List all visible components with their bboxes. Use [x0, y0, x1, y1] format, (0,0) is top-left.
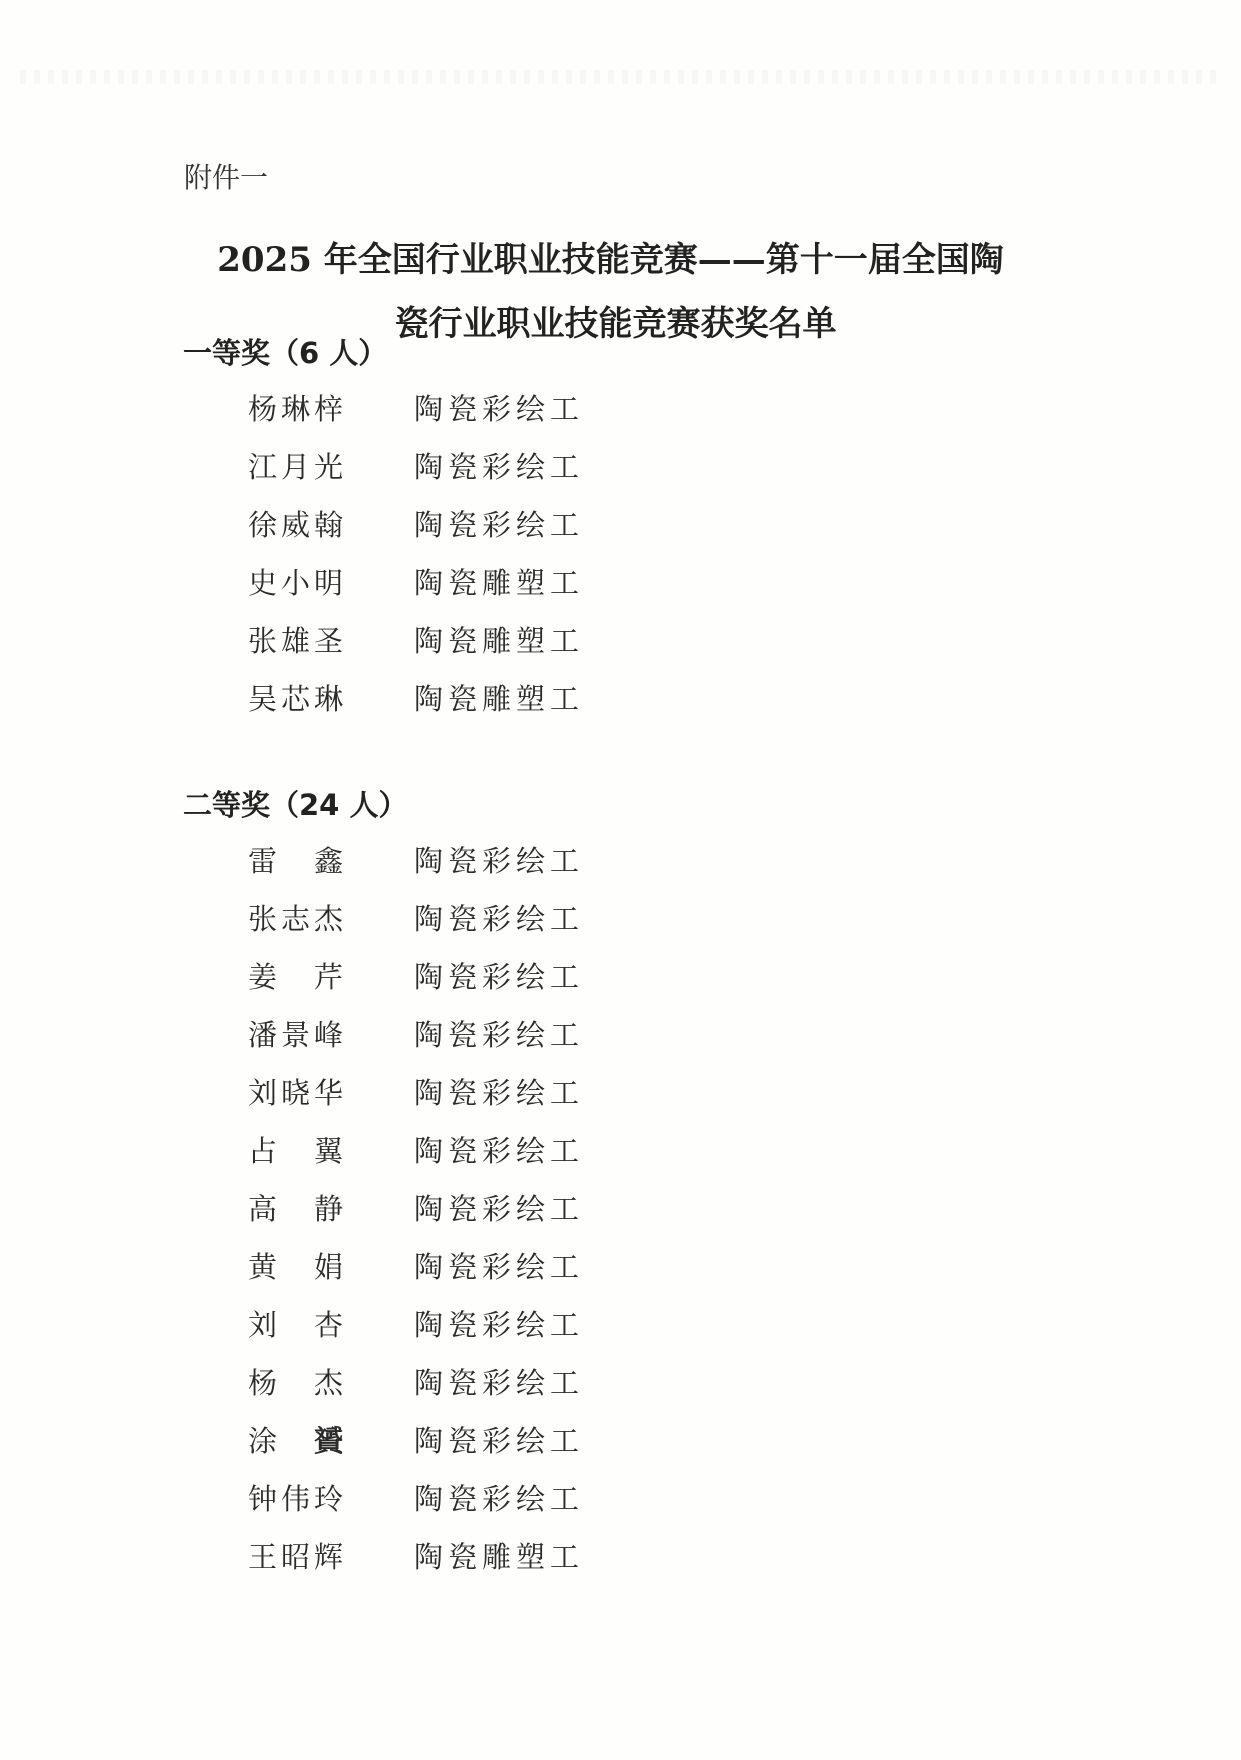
winner-trade: 陶瓷雕塑工: [414, 1535, 584, 1576]
winner-name: 涂 贇: [248, 1419, 343, 1460]
winner-given-name: 翼: [314, 1129, 343, 1170]
winner-given-name: 娟: [314, 1245, 343, 1286]
winner-trade: 陶瓷彩绘工: [414, 1245, 584, 1286]
attachment-label: 附件一: [184, 158, 268, 198]
section-heading-first-prize: 一等奖（6 人）: [183, 333, 387, 373]
winner-given-name: 鑫: [314, 839, 343, 880]
winner-name: 潘景峰: [248, 1013, 414, 1054]
winner-name: 张志杰: [248, 897, 414, 938]
winner-given-name: 杰: [314, 1361, 343, 1402]
winner-given-name: 芹: [314, 955, 343, 996]
winner-name: 黄 娟: [248, 1245, 343, 1286]
winner-trade: 陶瓷彩绘工: [414, 1129, 584, 1170]
first-prize-list: 杨琳梓 陶瓷彩绘工 江月光 陶瓷彩绘工 徐威翰 陶瓷彩绘工 史小明 陶瓷雕塑工 …: [248, 378, 584, 726]
winner-trade: 陶瓷彩绘工: [414, 1303, 584, 1344]
winner-surname: 占: [248, 1129, 277, 1170]
section-heading-second-prize: 二等奖（24 人）: [183, 785, 407, 825]
winner-given-name: 杏: [314, 1303, 343, 1344]
winner-trade: 陶瓷彩绘工: [414, 897, 584, 938]
winner-surname: 雷: [248, 839, 277, 880]
title-line-1: 2025 年全国行业职业技能竞赛——第十一届全国陶: [0, 228, 1241, 292]
winner-trade: 陶瓷彩绘工: [414, 1477, 584, 1518]
winner-name: 刘 杏: [248, 1303, 343, 1344]
list-item: 刘晓华 陶瓷彩绘工: [248, 1062, 584, 1120]
list-item: 张志杰 陶瓷彩绘工: [248, 888, 584, 946]
winner-name: 徐威翰: [248, 503, 414, 544]
winner-surname: 高: [248, 1187, 277, 1228]
list-item: 高 静 陶瓷彩绘工: [248, 1178, 584, 1236]
list-item: 潘景峰 陶瓷彩绘工: [248, 1004, 584, 1062]
winner-name: 杨琳梓: [248, 387, 414, 428]
winner-trade: 陶瓷彩绘工: [414, 839, 584, 880]
winner-name: 占 翼: [248, 1129, 343, 1170]
winner-trade: 陶瓷彩绘工: [414, 1071, 584, 1112]
winner-given-name: 静: [314, 1187, 343, 1228]
winner-trade: 陶瓷雕塑工: [414, 677, 584, 718]
winner-name: 王昭辉: [248, 1535, 414, 1576]
winner-trade: 陶瓷彩绘工: [414, 503, 584, 544]
document-page: 附件一 2025 年全国行业职业技能竞赛——第十一届全国陶 瓷行业职业技能竞赛获…: [0, 0, 1241, 1760]
winner-surname: 姜: [248, 955, 277, 996]
list-item: 王昭辉 陶瓷雕塑工: [248, 1526, 584, 1584]
list-item: 占 翼 陶瓷彩绘工: [248, 1120, 584, 1178]
list-item: 涂 贇 陶瓷彩绘工: [248, 1410, 584, 1468]
list-item: 雷 鑫 陶瓷彩绘工: [248, 830, 584, 888]
scan-artifact: [20, 70, 1221, 84]
list-item: 张雄圣 陶瓷雕塑工: [248, 610, 584, 668]
winner-trade: 陶瓷彩绘工: [414, 955, 584, 996]
winner-trade: 陶瓷彩绘工: [414, 1361, 584, 1402]
winner-surname: 黄: [248, 1245, 277, 1286]
winner-name: 史小明: [248, 561, 414, 602]
winner-trade: 陶瓷雕塑工: [414, 619, 584, 660]
list-item: 姜 芹 陶瓷彩绘工: [248, 946, 584, 1004]
list-item: 江月光 陶瓷彩绘工: [248, 436, 584, 494]
winner-trade: 陶瓷彩绘工: [414, 1187, 584, 1228]
winner-name: 江月光: [248, 445, 414, 486]
list-item: 黄 娟 陶瓷彩绘工: [248, 1236, 584, 1294]
list-item: 杨琳梓 陶瓷彩绘工: [248, 378, 584, 436]
winner-surname: 刘: [248, 1303, 277, 1344]
list-item: 刘 杏 陶瓷彩绘工: [248, 1294, 584, 1352]
winner-trade: 陶瓷雕塑工: [414, 561, 584, 602]
winner-name: 钟伟玲: [248, 1477, 414, 1518]
list-item: 杨 杰 陶瓷彩绘工: [248, 1352, 584, 1410]
winner-trade: 陶瓷彩绘工: [414, 1013, 584, 1054]
list-item: 钟伟玲 陶瓷彩绘工: [248, 1468, 584, 1526]
list-item: 史小明 陶瓷雕塑工: [248, 552, 584, 610]
winner-surname: 杨: [248, 1361, 277, 1402]
winner-name: 张雄圣: [248, 619, 414, 660]
winner-surname: 涂: [248, 1419, 277, 1460]
winner-name: 雷 鑫: [248, 839, 343, 880]
winner-name: 姜 芹: [248, 955, 343, 996]
second-prize-list: 雷 鑫 陶瓷彩绘工 张志杰 陶瓷彩绘工 姜 芹 陶瓷彩绘工 潘景峰 陶瓷彩绘工 …: [248, 830, 584, 1584]
winner-trade: 陶瓷彩绘工: [414, 387, 584, 428]
winner-name: 吴芯琳: [248, 677, 414, 718]
winner-name: 高 静: [248, 1187, 343, 1228]
winner-name: 杨 杰: [248, 1361, 343, 1402]
winner-trade: 陶瓷彩绘工: [414, 445, 584, 486]
winner-given-name: 贇: [314, 1419, 343, 1460]
list-item: 吴芯琳 陶瓷雕塑工: [248, 668, 584, 726]
winner-trade: 陶瓷彩绘工: [414, 1419, 584, 1460]
list-item: 徐威翰 陶瓷彩绘工: [248, 494, 584, 552]
winner-name: 刘晓华: [248, 1071, 414, 1112]
